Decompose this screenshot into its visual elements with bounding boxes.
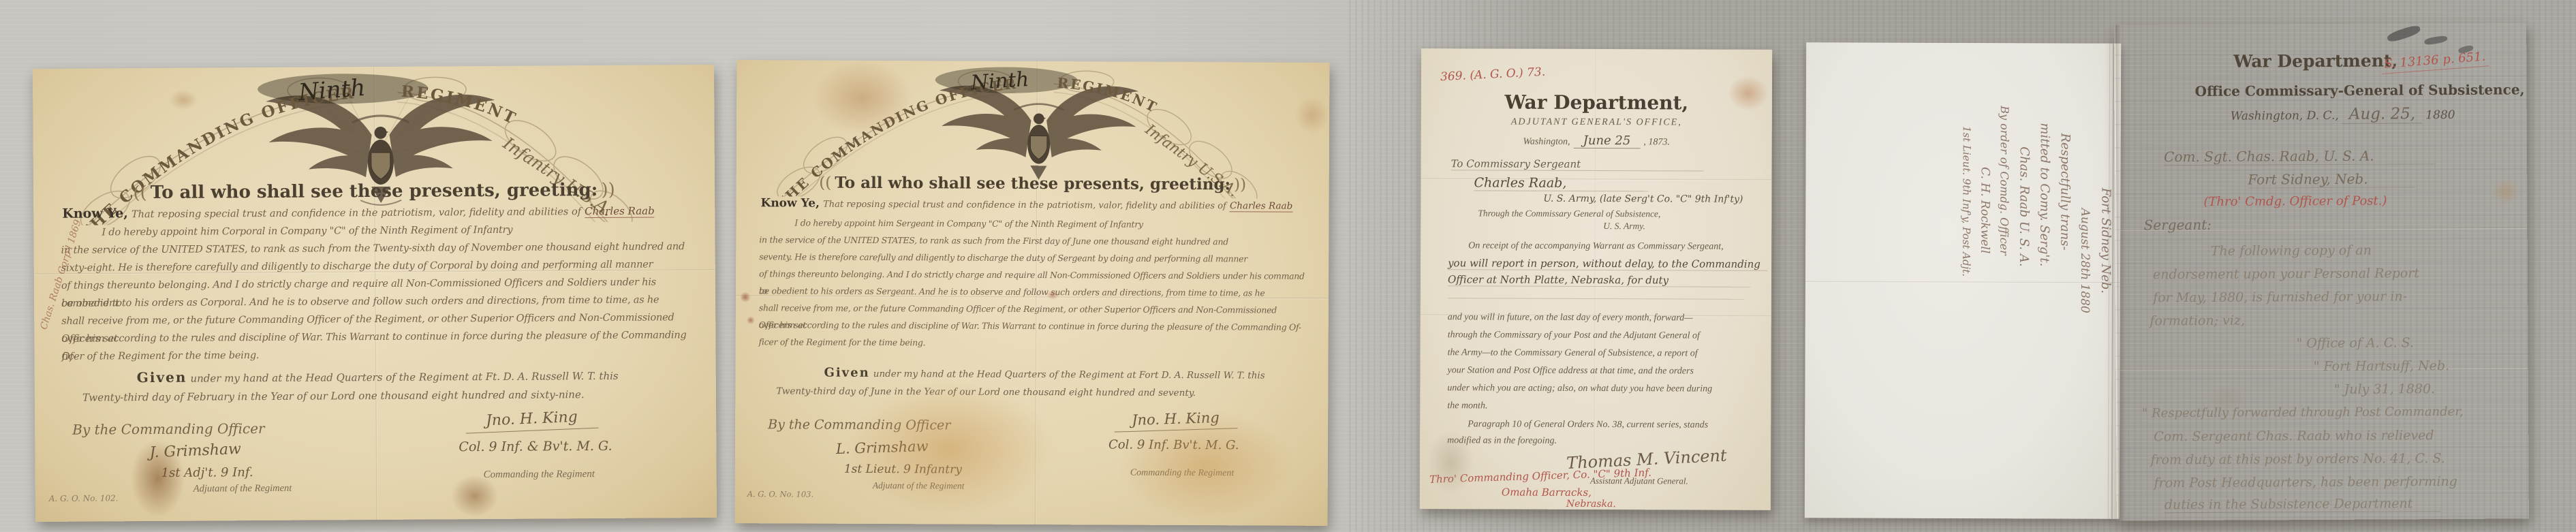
know-ye-line: Know Ye, That reposing special trust and… — [761, 196, 1313, 213]
ink-spot — [747, 316, 755, 324]
date-fill: June 25 — [1574, 134, 1641, 148]
ornament-right: )) — [1234, 176, 1246, 193]
endorsement-line: Respectfully trans- — [2053, 133, 2075, 439]
name-fill: Charles Raab — [1230, 200, 1292, 212]
para2-line: the Army—to the Commissary General of Su… — [1448, 344, 1751, 363]
thro-note: (Thro' Cmdg. Officer of Post.) — [2203, 193, 2387, 208]
place-date-line: Washington, June 25 , 1873. — [1421, 133, 1772, 148]
letter-line: The following copy of an — [2211, 243, 2372, 259]
given-word: Given — [137, 369, 187, 386]
body-line: seventy. He is therefore carefully and d… — [759, 248, 1307, 268]
letter-line: from Post Headquarters, has been perform… — [2154, 474, 2457, 490]
body-line: be obedient to his orders as Sergeant. A… — [759, 282, 1307, 302]
army-line: U. S. Army, (late Serg't Co. "C" 9th Inf… — [1543, 193, 1743, 205]
place-label: Washington, D. C., — [2231, 109, 2339, 123]
para2-line: your Station and Post Office address at … — [1447, 362, 1750, 381]
warrant-body: I do hereby appoint him Corporal in Comp… — [61, 220, 695, 366]
given-rest: under my hand at the Head Quarters of th… — [190, 370, 618, 385]
ink-smudge — [2386, 24, 2421, 44]
name-fill: Charles Raab — [585, 204, 655, 218]
endorsement-line: August 28th 1880 — [2074, 208, 2095, 440]
letter-left-page: 1st Endorsement Fort Sidney Neb. August … — [1805, 42, 2121, 519]
letter-line: duties in the Subsistence Department — [2164, 496, 2440, 513]
given-line: Given under my hand at the Head Quarters… — [824, 366, 1264, 382]
to-line: To Commissary Sergeant — [1451, 157, 1704, 171]
given-date-line: Twenty-third day of February in the Year… — [82, 388, 585, 403]
paragraph1-handwritten2: Officer at North Platte, Nebraska, for d… — [1448, 273, 1750, 287]
body-line: of things thereunto belonging. And I do … — [759, 265, 1307, 285]
ornament-right: )) — [601, 180, 615, 200]
para2-line: and you will in future, on the last day … — [1448, 309, 1751, 328]
know-ye: Know Ye, — [62, 206, 128, 221]
date-fill: Aug. 25, — [2342, 105, 2422, 124]
body-line: shall receive from me, or the future Com… — [759, 299, 1307, 319]
red-routing-line2: Omaha Barracks, — [1502, 486, 1592, 499]
stain — [451, 475, 499, 517]
letter-line: for May, 1880, is furnished for your in- — [2153, 289, 2407, 305]
by-commanding-officer-label: By the Commanding Officer — [72, 420, 264, 438]
war-department-header: War Department, — [1421, 91, 1772, 114]
endorsement-line: Fort Sidney Neb. — [2094, 188, 2115, 440]
photo-of-documents: THE COMMANDING OFFICER OF THE REGIMENT O… — [0, 0, 2576, 532]
ink-smudge — [2424, 35, 2448, 46]
ago-corner-note: A. G. O. No. 102. — [49, 493, 119, 503]
ornament-left: (( — [819, 174, 831, 192]
file-number-note: 369. (A. G. O.) 73. — [1440, 65, 1546, 84]
warrant-body: I do hereby appoint him Sergeant in Comp… — [759, 214, 1308, 353]
given-line: Given under my hand at the Head Quarters… — [137, 366, 619, 386]
commander-signature: Jno. H. King — [1114, 409, 1237, 433]
endorsement-line: C. H. Rockwell — [1974, 167, 1994, 439]
salutation: Sergeant: — [2144, 217, 2212, 234]
regiment-number-fill: Ninth — [969, 67, 1029, 95]
adjutant-rank: 1st Lieut. 9 Infantry — [844, 463, 962, 477]
body-line: over him according to the rules and disc… — [759, 316, 1307, 336]
body-line: I do hereby appoint him Sergeant in Comp… — [759, 214, 1307, 234]
endorsement-line: mitted to Comy. Serg't. — [2033, 123, 2055, 439]
document-sergeant-warrant: THE COMMANDING OFFICER OF THE REGIMENT O… — [735, 60, 1330, 526]
endorsement-line: 1st Lieut. 9th Inf'y, Post Adjt. — [1957, 126, 1976, 439]
year-label: , 1873. — [1643, 137, 1670, 147]
place-date-line: Washington, D. C., Aug. 25, 1880 — [2231, 105, 2455, 124]
paragraph1-handwritten: you will report in person, without delay… — [1448, 257, 1767, 271]
commander-signature: Jno. H. King — [465, 408, 599, 434]
commander-caption: Commanding the Regiment — [1130, 468, 1234, 480]
adjutant-caption: Adjutant of the Regiment — [193, 483, 292, 495]
paragraph1-print: On receipt of the accompanying Warrant a… — [1468, 240, 1724, 252]
document-commissary-letter: 1st Endorsement Fort Sidney Neb. August … — [1805, 24, 2528, 520]
red-routing-line3: Nebraska. — [1566, 499, 1616, 510]
document-corporal-warrant: THE COMMANDING OFFICER OF THE REGIMENT O… — [33, 65, 717, 522]
by-commanding-officer-label: By the Commanding Officer — [768, 417, 950, 433]
letter-line: " Respectfully forwarded through Post Co… — [2142, 405, 2464, 420]
greeting-banner: (( To all who shall see these presents, … — [33, 179, 715, 204]
office-header: ADJUTANT GENERAL'S OFFICE, — [1421, 116, 1772, 129]
know-ye-rest: That reposing special trust and confiden… — [823, 200, 1226, 212]
letter-line: " Fort Hartsuff, Neb. — [2314, 358, 2449, 374]
letter-line: from duty at this post by orders No. 41,… — [2150, 451, 2445, 467]
given-date-line: Twenty-third day of June in the Year of … — [776, 386, 1196, 398]
commander-caption: Commanding the Regiment — [484, 469, 595, 481]
regiment-number-fill: Ninth — [297, 74, 367, 106]
letter-line: " July 31, 1880. — [2334, 381, 2435, 397]
recipient-line1: Com. Sgt. Chas. Raab, U. S. A. — [2164, 147, 2436, 166]
para2-line: under which you are acting; also, on wha… — [1447, 379, 1750, 398]
know-ye-rest: That reposing special trust and confiden… — [131, 206, 581, 220]
recipient-line2: Fort Sidney, Neb. — [2248, 170, 2415, 188]
para2-line: through the Commissary of your Post and … — [1448, 326, 1751, 345]
adjutant-signature: L. Grimshaw — [836, 438, 929, 457]
commander-rank: Col. 9 Inf. & Bv't. M. G. — [459, 439, 612, 454]
paragraph3-line2: modified as in the foregoing. — [1447, 435, 1557, 447]
know-ye: Know Ye, — [761, 196, 820, 210]
ornament-left: (( — [133, 183, 146, 203]
letter-line: Com. Sergeant Chas. Raab who is relieved — [2154, 428, 2434, 444]
adjutant-rank: 1st Adj't. 9 Inf. — [161, 465, 253, 480]
office-header: Office Commissary-General of Subsistence… — [2195, 81, 2525, 99]
ago-corner-note: A. G. O. No. 103. — [747, 489, 814, 499]
given-rest: under my hand at the Head Quarters of th… — [873, 369, 1265, 381]
greeting-text: To all who shall see these presents, gre… — [835, 174, 1230, 194]
endorsement-line: By order of Comdg. Officer — [1993, 106, 2014, 439]
endorsement-line: Chas. Raab U. S. A. — [2013, 146, 2034, 439]
letter-line: formation; viz, — [2150, 313, 2245, 329]
greeting-banner: (( To all who shall see these presents, … — [736, 173, 1329, 194]
document-ago-letter: 369. (A. G. O.) 73. War Department, ADJU… — [1420, 48, 1772, 510]
paragraph3-line1: Paragraph 10 of General Orders No. 38, c… — [1468, 419, 1708, 431]
given-word: Given — [824, 366, 869, 380]
place-label: Washington, — [1523, 137, 1570, 147]
greeting-text: To all who shall see these presents, gre… — [151, 180, 598, 203]
adjutant-caption: Adjutant of the Regiment — [873, 480, 965, 492]
body-line: ficer of the Regiment for the time being… — [759, 333, 1307, 353]
paragraph2: and you will in future, on the last day … — [1447, 309, 1751, 416]
war-department-header: War Department, — [2233, 50, 2397, 71]
body-line: ficer of the Regiment for the time being… — [61, 344, 695, 366]
through-line: Through the Commissary General of Subsis… — [1478, 208, 1660, 219]
para2-line: the month. — [1447, 397, 1750, 416]
letter-line: endorsement upon your Personal Report — [2153, 266, 2419, 282]
stain — [2491, 178, 2519, 205]
fold-shadow — [2115, 25, 2124, 521]
adjutant-signature: J. Grimshaw — [149, 441, 241, 461]
letter-line: " Office of A. C. S. — [2296, 335, 2414, 351]
recipient-name: Charles Raab, — [1474, 175, 1648, 191]
body-line: in the service of the UNITED STATES, to … — [759, 231, 1307, 251]
letter-right-page: War Department, S. 13136 p. 651. Office … — [2114, 22, 2529, 520]
commander-rank: Col. 9 Inf. Bv't. M. G. — [1108, 437, 1239, 452]
through-line2: U. S. Army. — [1603, 221, 1645, 232]
rotated-endorsement-block: 1st Endorsement Fort Sidney Neb. August … — [1942, 85, 2121, 440]
year-label: 1880 — [2425, 108, 2455, 122]
